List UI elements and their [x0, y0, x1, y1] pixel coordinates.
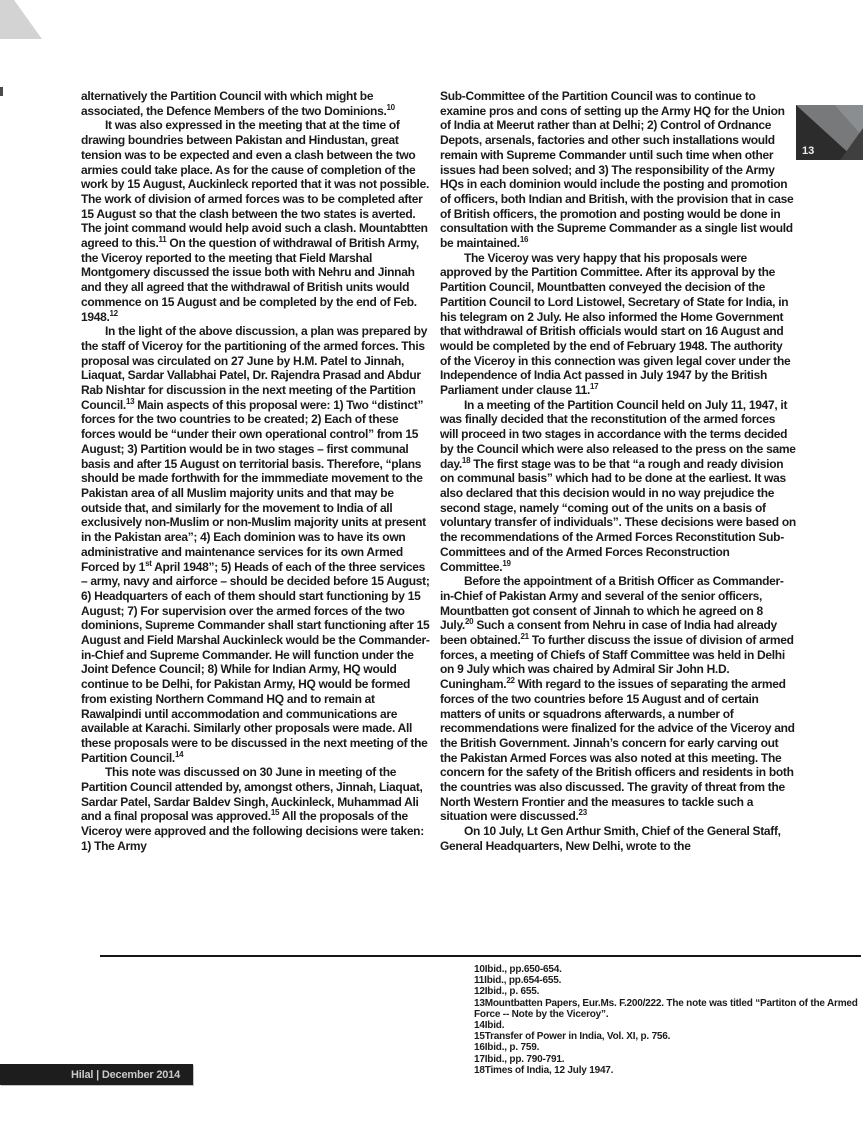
footnote-ref: 11	[159, 235, 167, 244]
footnote-ref: 19	[502, 559, 510, 568]
edge-crop-mark	[0, 87, 3, 96]
paragraph: This note was discussed on 30 June in me…	[81, 765, 434, 853]
footnote-line: 16Ibid., p. 759.	[474, 1042, 862, 1053]
footnotes-list: 10Ibid., pp.650-654.11Ibid., pp.654-655.…	[474, 964, 862, 1076]
paragraph: alternatively the Partition Council with…	[81, 89, 434, 118]
footnote-ref: 18	[462, 456, 470, 465]
footer-text: Hilal | December 2014	[71, 1069, 180, 1081]
left-column: alternatively the Partition Council with…	[81, 89, 434, 854]
paragraph: Before the appointment of a British Offi…	[440, 574, 796, 824]
footnote-ref: 20	[465, 617, 473, 626]
paragraph: The Viceroy was very happy that his prop…	[440, 251, 796, 398]
footnote-line: 15Transfer of Power in India, Vol. XI, p…	[474, 1031, 862, 1042]
footnote-ref: 15	[271, 808, 279, 817]
footnote-divider-line	[100, 955, 861, 957]
footnote-ref: 16	[520, 235, 528, 244]
footer-bar: Hilal | December 2014	[0, 1064, 193, 1085]
paragraph: In the light of the above discussion, a …	[81, 324, 434, 765]
paragraph: On 10 July, Lt Gen Arthur Smith, Chief o…	[440, 824, 796, 853]
right-column: Sub-Committee of the Partition Council w…	[440, 89, 796, 854]
footnote-ref: 14	[175, 750, 183, 759]
corner-triangle-decoration	[0, 0, 42, 39]
page-number: 13	[802, 145, 814, 157]
page-number-badge: 13	[796, 105, 863, 160]
footnote-ref: 23	[579, 808, 587, 817]
footnote-ref: st	[145, 559, 152, 568]
paragraph: In a meeting of the Partition Council he…	[440, 398, 796, 574]
footnote-line: 18Times of India, 12 July 1947.	[474, 1065, 862, 1076]
footnote-ref: 22	[506, 676, 514, 685]
footnote-ref: 12	[110, 309, 118, 318]
footnote-ref: 21	[520, 632, 528, 641]
footnote-ref: 10	[387, 103, 395, 112]
footnote-line: 13Mountbatten Papers, Eur.Ms. F.200/222.…	[474, 998, 862, 1020]
footnote-ref: 13	[126, 397, 134, 406]
footnote-line: 12Ibid., p. 655.	[474, 986, 862, 997]
paragraph: Sub-Committee of the Partition Council w…	[440, 89, 796, 251]
paragraph: It was also expressed in the meeting tha…	[81, 118, 434, 324]
footnote-line: 10Ibid., pp.650-654.	[474, 964, 862, 975]
footnote-line: 14Ibid.	[474, 1020, 862, 1031]
footnote-ref: 17	[590, 382, 598, 391]
footnote-line: 17Ibid., pp. 790-791.	[474, 1054, 862, 1065]
footnote-line: 11Ibid., pp.654-655.	[474, 975, 862, 986]
document-page: 13 alternatively the Partition Council w…	[0, 0, 863, 1125]
